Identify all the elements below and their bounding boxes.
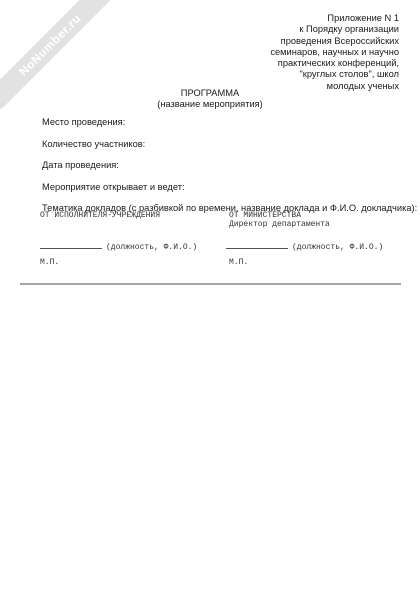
watermark-text: NoNumber.ru	[16, 11, 84, 79]
annex-header: Приложение N 1 к Порядку организации про…	[199, 13, 399, 92]
annex-line: проведения Всероссийских	[199, 36, 399, 47]
annex-line: "круглых столов", школ	[199, 69, 399, 80]
stamp-place: М.П.	[229, 258, 248, 267]
signature-subheader: Директор департамента	[229, 220, 330, 229]
annex-line: Приложение N 1	[199, 13, 399, 24]
signature-header: ОТ ИСПОЛНИТЕЛЯ-УЧРЕЖДЕНИЯ	[40, 211, 160, 220]
document-title: ПРОГРАММА (название мероприятия)	[0, 88, 420, 110]
signature-row: (должность, Ф.И.О.)	[40, 240, 197, 252]
stamp-place: М.П.	[40, 258, 59, 267]
title-heading: ПРОГРАММА	[0, 88, 420, 99]
field-venue: Место проведения:	[42, 117, 417, 139]
signature-hint: (должность, Ф.И.О.)	[106, 243, 197, 252]
annex-line: семинаров, научных и научно	[199, 47, 399, 58]
signature-header: ОТ МИНИСТЕРСТВА	[229, 211, 330, 220]
signature-line	[40, 240, 102, 249]
title-subheading: (название мероприятия)	[0, 99, 420, 110]
signature-row: (должность, Ф.И.О.)	[226, 240, 383, 252]
field-participants: Количество участников:	[42, 139, 417, 161]
annex-line: к Порядку организации	[199, 24, 399, 35]
program-fields: Место проведения: Количество участников:…	[42, 117, 417, 225]
annex-line: практических конференций,	[199, 58, 399, 69]
signature-block-ministry: ОТ МИНИСТЕРСТВА Директор департамента (д…	[229, 211, 330, 229]
field-date: Дата проведения:	[42, 160, 417, 182]
signature-hint: (должность, Ф.И.О.)	[292, 243, 383, 252]
signature-line	[226, 240, 288, 249]
signature-block-executor: ОТ ИСПОЛНИТЕЛЯ-УЧРЕЖДЕНИЯ (должность, Ф.…	[40, 211, 160, 220]
field-host: Мероприятие открывает и ведет:	[42, 182, 417, 204]
page-divider	[20, 283, 401, 285]
